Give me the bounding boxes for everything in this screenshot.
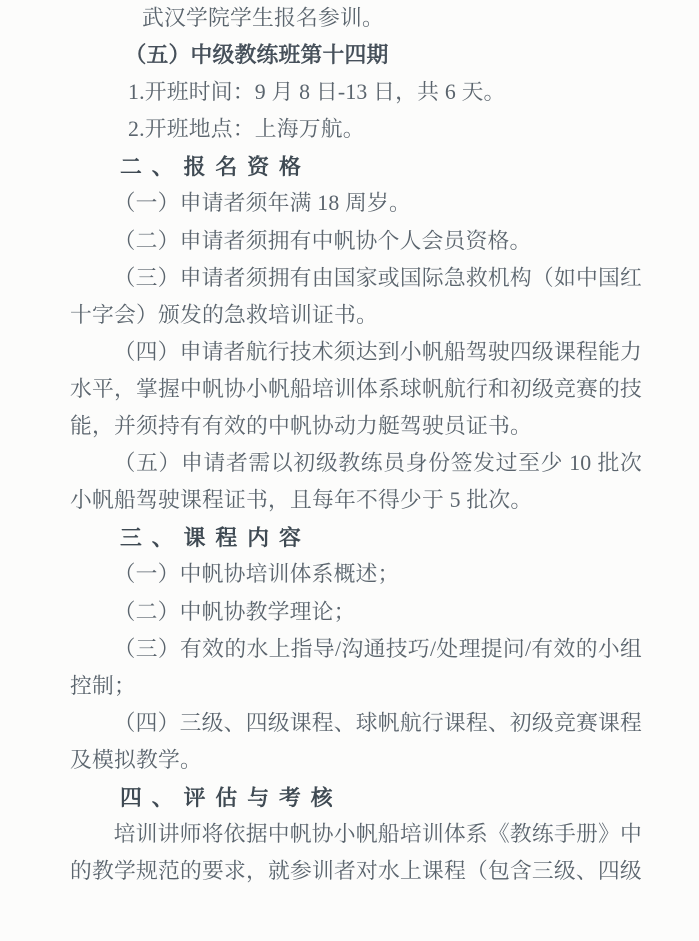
course-item-1: （一）中帆协培训体系概述； — [70, 556, 642, 593]
requirement-item-1: （一）申请者须年满 18 周岁。 — [70, 185, 642, 222]
requirement-item-5: （五）申请者需以初级教练员身份签发过至少 10 批次小帆船驾驶课程证书，且每年不… — [70, 445, 642, 519]
section-heading-course-content: 三、课程内容 — [70, 519, 642, 556]
continued-paragraph-line: 武汉学院学生报名参训。 — [70, 0, 642, 37]
requirement-item-4: （四）申请者航行技术须达到小帆船驾驶四级课程能力水平，掌握中帆协小帆船培训体系球… — [70, 334, 642, 445]
item-class-start-time: 1.开班时间：9 月 8 日-13 日，共 6 天。 — [70, 74, 642, 111]
document-page: 武汉学院学生报名参训。 （五）中级教练班第十四期 1.开班时间：9 月 8 日-… — [0, 0, 699, 941]
subsection-heading-class-14: （五）中级教练班第十四期 — [70, 37, 642, 74]
course-item-4: （四）三级、四级课程、球帆航行课程、初级竞赛课程及模拟教学。 — [70, 705, 642, 779]
section-heading-evaluation-assessment: 四、评估与考核 — [70, 779, 642, 816]
document-body: 武汉学院学生报名参训。 （五）中级教练班第十四期 1.开班时间：9 月 8 日-… — [70, 0, 642, 890]
requirement-item-2: （二）申请者须拥有中帆协个人会员资格。 — [70, 223, 642, 260]
section-heading-registration-qualifications: 二、报名资格 — [70, 148, 642, 185]
requirement-item-3: （三）申请者须拥有由国家或国际急救机构（如中国红十字会）颁发的急救培训证书。 — [70, 260, 642, 334]
assessment-paragraph: 培训讲师将依据中帆协小帆船培训体系《教练手册》中的教学规范的要求，就参训者对水上… — [70, 816, 642, 890]
course-item-2: （二）中帆协教学理论； — [70, 594, 642, 631]
course-item-3: （三）有效的水上指导/沟通技巧/处理提问/有效的小组控制； — [70, 631, 642, 705]
item-class-location: 2.开班地点：上海万航。 — [70, 111, 642, 148]
